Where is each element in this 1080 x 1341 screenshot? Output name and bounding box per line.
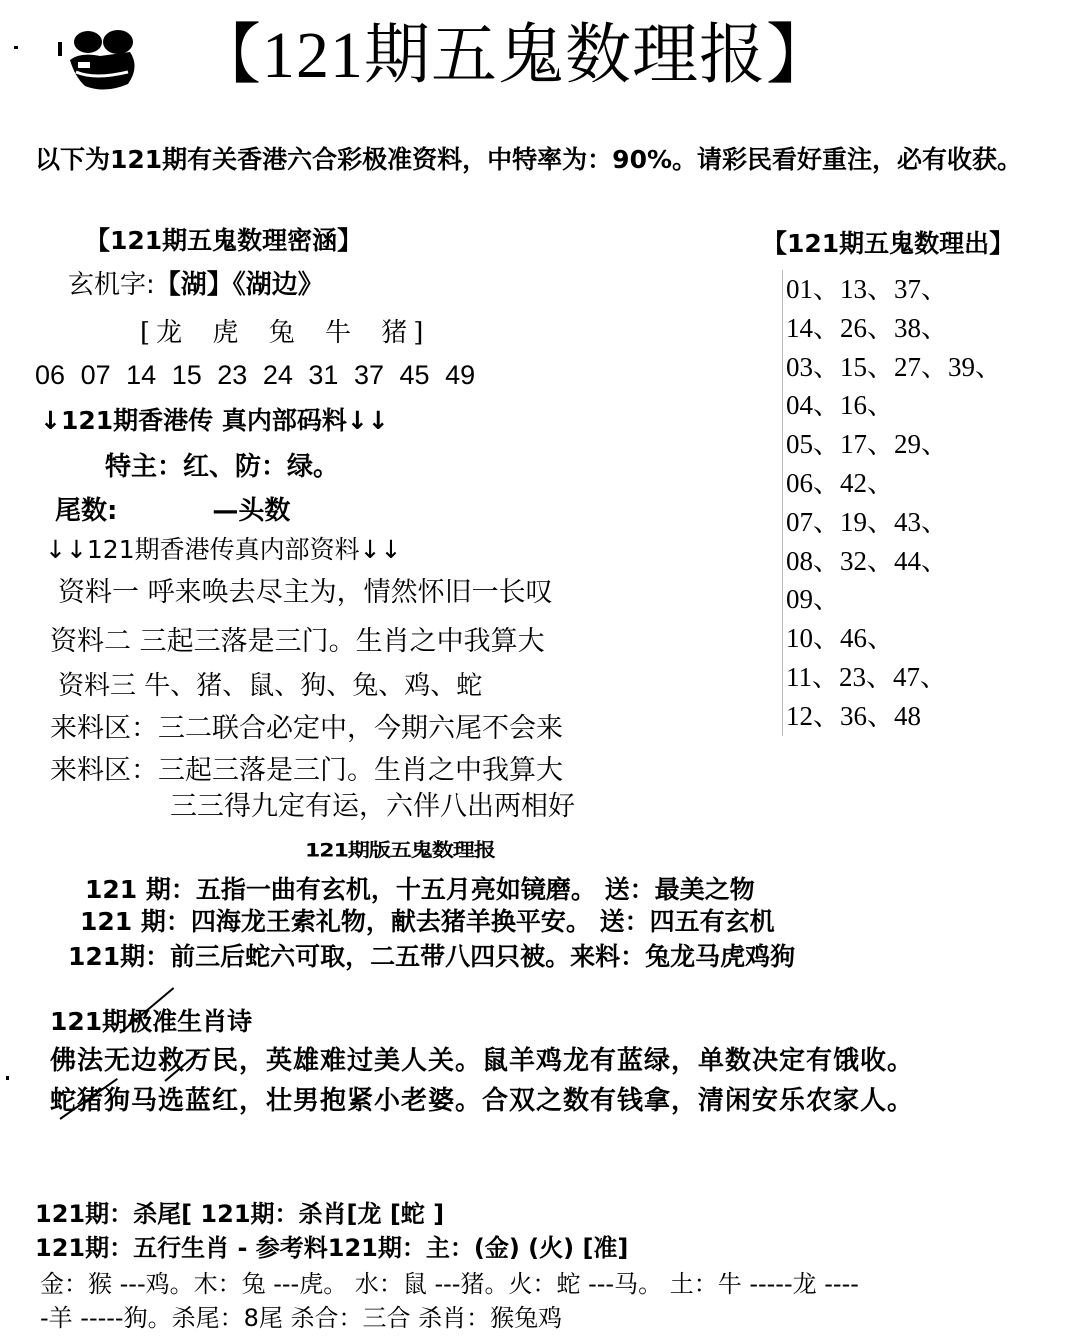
number: 14 <box>126 360 156 390</box>
data-line-2: 资料二 三起三落是三门。生肖之中我算大 <box>50 625 545 659</box>
tail-label: 尾数: <box>55 496 117 526</box>
right-section-title: 【121期五鬼数理出】 <box>762 224 1014 260</box>
xuanji-line: 玄机字:【湖】《湖边》 <box>68 268 324 302</box>
special-color-line: 特主：红、防：绿。 <box>105 450 339 484</box>
poem-line-2: 蛇猪狗马选蓝红，壮男抱紧小老婆。合双之数有钱拿，清闲安乐农家人。 <box>50 1080 914 1117</box>
insider-code-title: ↓121期香港传 真内部码料↓↓ <box>40 404 389 438</box>
number-group-row: 08、32、44、 <box>782 542 1002 581</box>
elements-line-1: 金：猴 ---鸡。木：兔 ---虎。 水：鼠 ---猪。火：蛇 ---马。 土：… <box>40 1268 859 1300</box>
number-list: 06 07 14 15 23 24 31 37 45 49 <box>35 360 475 391</box>
left-section-title: 【121期五鬼数理密涵】 <box>85 224 362 258</box>
number: 37 <box>354 360 384 390</box>
riddle-line-3: 121期：前三后蛇六可取，二五带八四只被。来料：兔龙马虎鸡狗 <box>68 941 795 973</box>
zodiac-list: [龙 虎 兔 牛 猪] <box>140 316 429 350</box>
number: 07 <box>81 360 111 390</box>
number-group-row: 03、15、27、39、 <box>782 348 1002 387</box>
data-line-1: 资料一 呼来唤去尽主为，情然怀旧一长叹 <box>58 576 553 610</box>
number-group-row: 09、 <box>782 580 1002 619</box>
five-elements-title: 121期：五行生肖 - 参考料121期：主：(金) (火) [准] <box>35 1232 628 1264</box>
number: 49 <box>445 360 475 390</box>
number-group-list: 01、13、37、 14、26、38、 03、15、27、39、 04、16、 … <box>782 270 1002 736</box>
intro-paragraph: 以下为121期有关香港六合彩极准资料，中特率为：90%。请彩民看好重注，必有收获… <box>35 142 1075 178</box>
number: 24 <box>263 360 293 390</box>
kill-line: 121期：杀尾[ 121期：杀肖[龙 [蛇 ] <box>35 1198 444 1230</box>
number-group-row: 07、19、43、 <box>782 503 1002 542</box>
page-title: 【121期五鬼数理报】 <box>195 14 833 98</box>
number-group-row: 10、46、 <box>782 619 1002 658</box>
insider-data-title: ↓↓121期香港传真内部资料↓↓ <box>45 533 402 567</box>
number: 31 <box>308 360 338 390</box>
number-group-row: 14、26、38、 <box>782 309 1002 348</box>
xuanji-value: 【湖】《湖边》 <box>155 270 324 300</box>
source-line-2: 来料区：三起三落是三门。生肖之中我算大 <box>50 754 563 788</box>
source-line-3: 三三得九定有运，六伴八出两相好 <box>170 790 575 824</box>
number-group-row: 12、36、48 <box>782 697 1002 736</box>
number-group-row: 06、42、 <box>782 464 1002 503</box>
tail-head-line: 尾数:—头数 <box>55 494 290 528</box>
stray-mark <box>6 1076 9 1080</box>
number-group-row: 11、23、47、 <box>782 658 1002 697</box>
riddle-line-2: 121 期：四海龙王索礼物，献去猪羊换平安。 送：四五有玄机 <box>80 906 775 938</box>
stray-mark <box>14 46 18 49</box>
number: 15 <box>172 360 202 390</box>
elements-line-2: -羊 -----狗。杀尾：8尾 杀合：三合 杀肖：猴兔鸡 <box>40 1302 562 1334</box>
head-label: —头数 <box>212 496 290 526</box>
data-line-3: 资料三 牛、猪、鼠、狗、兔、鸡、蛇 <box>58 669 482 703</box>
number: 23 <box>217 360 247 390</box>
number: 45 <box>400 360 430 390</box>
number-group-row: 01、13、37、 <box>782 270 1002 309</box>
poem-line-1: 佛法无边救万民，英雄难过美人关。鼠羊鸡龙有蓝绿，单数决定有饿收。 <box>50 1040 914 1077</box>
xuanji-label: 玄机字: <box>68 270 155 300</box>
number-group-row: 05、17、29、 <box>782 425 1002 464</box>
riddle-line-1: 121 期：五指一曲有玄机，十五月亮如镜磨。 送：最美之物 <box>85 874 755 906</box>
mascot-face-logo-icon <box>50 22 145 92</box>
number: 06 <box>35 360 65 390</box>
source-line-1: 来料区：三二联合必定中，今期六尾不会来 <box>50 712 563 746</box>
number-group-row: 04、16、 <box>782 386 1002 425</box>
subtitle: 121期版五鬼数理报 <box>305 836 495 862</box>
